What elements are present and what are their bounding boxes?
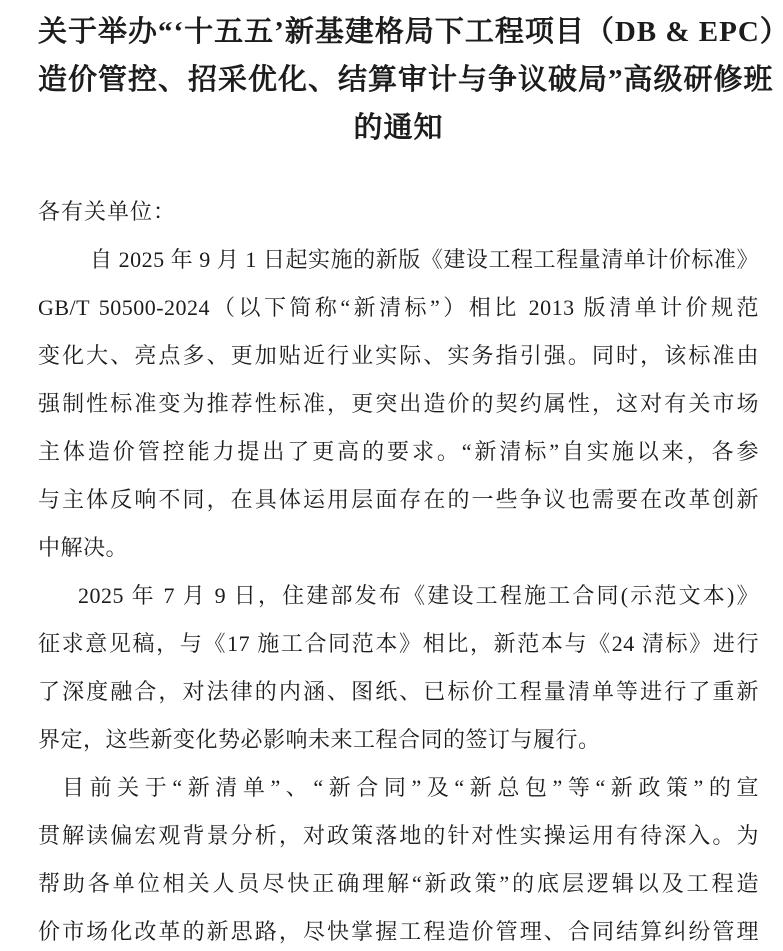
paragraph-1-line-6: 与主体反响不同，在具体运用层面存在的一些争议也需要在改革创新 <box>38 476 759 524</box>
paragraph-1-line-2: GB/T 50500-2024（以下简称“新清标”）相比 2013 版清单计价规… <box>38 284 759 332</box>
paragraph-1-line-5: 主体造价管控能力提出了更高的要求。“新清标”自实施以来，各参 <box>38 428 759 476</box>
document-body: 自 2025 年 9 月 1 日起实施的新版《建设工程工程量清单计价标准》GB/… <box>38 236 759 951</box>
document-title: 关于举办“‘十五五’新基建格局下工程项目（DB & EPC） 造价管控、招采优化… <box>38 8 759 152</box>
paragraph-3-line-1: 目前关于“新清单”、“新合同”及“新总包”等“新政策”的宣 <box>38 764 759 812</box>
title-line-1: 关于举办“‘十五五’新基建格局下工程项目（DB & EPC） <box>38 8 759 56</box>
notice-document-page: 关于举办“‘十五五’新基建格局下工程项目（DB & EPC） 造价管控、招采优化… <box>0 0 783 951</box>
paragraph-2-line-3: 了深度融合，对法律的内涵、图纸、已标价工程量清单等进行了重新 <box>38 668 759 716</box>
paragraph-3-line-3: 帮助各单位相关人员尽快正确理解“新政策”的底层逻辑以及工程造 <box>38 860 759 908</box>
paragraph-1-line-1: 自 2025 年 9 月 1 日起实施的新版《建设工程工程量清单计价标准》 <box>38 236 759 284</box>
paragraph-2-line-2: 征求意见稿，与《17 施工合同范本》相比，新范本与《24 清标》进行 <box>38 620 759 668</box>
paragraph-2-line-4: 界定，这些新变化势必影响未来工程合同的签订与履行。 <box>38 716 759 764</box>
paragraph-3-line-4: 价市场化改革的新思路，尽快掌握工程造价管理、合同结算纠纷管理 <box>38 908 759 951</box>
paragraph-1-line-3: 变化大、亮点多、更加贴近行业实际、实务指引强。同时，该标准由 <box>38 332 759 380</box>
paragraph-1-line-7: 中解决。 <box>38 524 759 572</box>
title-line-3: 的通知 <box>38 104 759 152</box>
salutation: 各有关单位： <box>38 188 759 236</box>
paragraph-1-line-4: 强制性标准变为推荐性标准，更突出造价的契约属性，这对有关市场 <box>38 380 759 428</box>
paragraph-2-line-1: 2025 年 7 月 9 日，住建部发布《建设工程施工合同(示范文本)》 <box>38 572 759 620</box>
title-line-2: 造价管控、招采优化、结算审计与争议破局”高级研修班 <box>38 56 759 104</box>
paragraph-3-line-2: 贯解读偏宏观背景分析，对政策落地的针对性实操运用有待深入。为 <box>38 812 759 860</box>
